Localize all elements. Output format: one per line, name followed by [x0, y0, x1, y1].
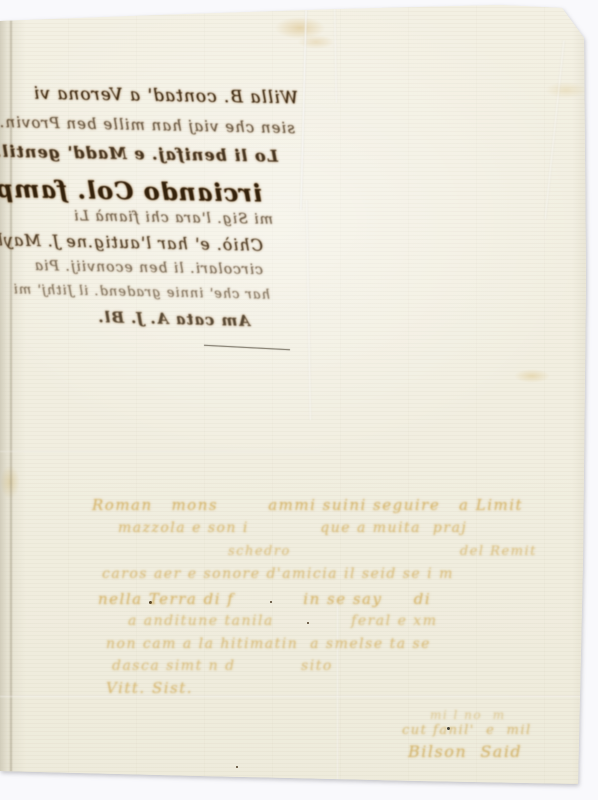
crease-diagonal-topright: [544, 40, 566, 219]
bleed-line: irciando Col. fample: [0, 173, 262, 207]
ink-bleedthrough-block: Willa B. contad' a Verona vi sien che vi…: [28, 84, 332, 340]
faded-ink-block: Roman mons ammi suini seguire a Limit ma…: [88, 496, 574, 706]
letter-paper: Willa B. contad' a Verona vi sien che vi…: [0, 0, 598, 800]
faded-line: schedro del Remit: [228, 544, 537, 559]
crease-horizontal-middle: [0, 450, 320, 453]
faded-line: dasca simt n d sito: [112, 658, 333, 674]
faded-line: non cam a la hitimatin a smelse ta se: [106, 636, 431, 652]
ink-speck: [53, 775, 56, 778]
faded-line: nella Terra di f in se say di: [98, 590, 431, 608]
bleed-line: Chiò. e' har l'autig.ne J. Mayl: [0, 230, 263, 255]
bleed-line: Willa B. contad' a Verona vi: [33, 84, 298, 109]
ink-speck: [236, 766, 238, 768]
corner-line: mi l no m: [430, 708, 506, 722]
bleed-line: sien che viaj han mille ben Provin.: [0, 113, 295, 137]
faded-line: Roman mons ammi suini seguire a Limit: [92, 496, 523, 514]
faded-line: mazzola e son i que a muita praj: [118, 520, 467, 536]
faded-line: caros aer e sonore d'amicia il seid se i…: [102, 566, 454, 582]
faded-line: a anditune tanila feral e xm: [128, 613, 437, 629]
bleed-line: Am cata A. J. Bl.: [97, 308, 250, 330]
bleed-line: circolari. li ben econviij. Pia: [34, 258, 263, 278]
bleed-line: har che' innie gradend. il Jithj' mi: [13, 282, 271, 302]
crease-vertical-topright: [333, 8, 338, 103]
pencil-line: [204, 345, 290, 350]
left-fold-shadow: [10, 20, 12, 772]
bleed-line: Lo li benifaj. e Madd' gentil. e: [0, 141, 278, 165]
corner-line: Bilson Said: [408, 742, 522, 761]
bleed-line: mi Sig. l'ara chi fiamà Li: [73, 208, 273, 227]
faded-line: Vitt. Sist.: [106, 679, 193, 697]
corner-note-block: mi l no m cut fanil' e mil Bilson Said: [396, 708, 586, 778]
scan-background: Willa B. contad' a Verona vi sien che vi…: [0, 0, 598, 800]
corner-line: cut fanil' e mil: [402, 723, 532, 738]
